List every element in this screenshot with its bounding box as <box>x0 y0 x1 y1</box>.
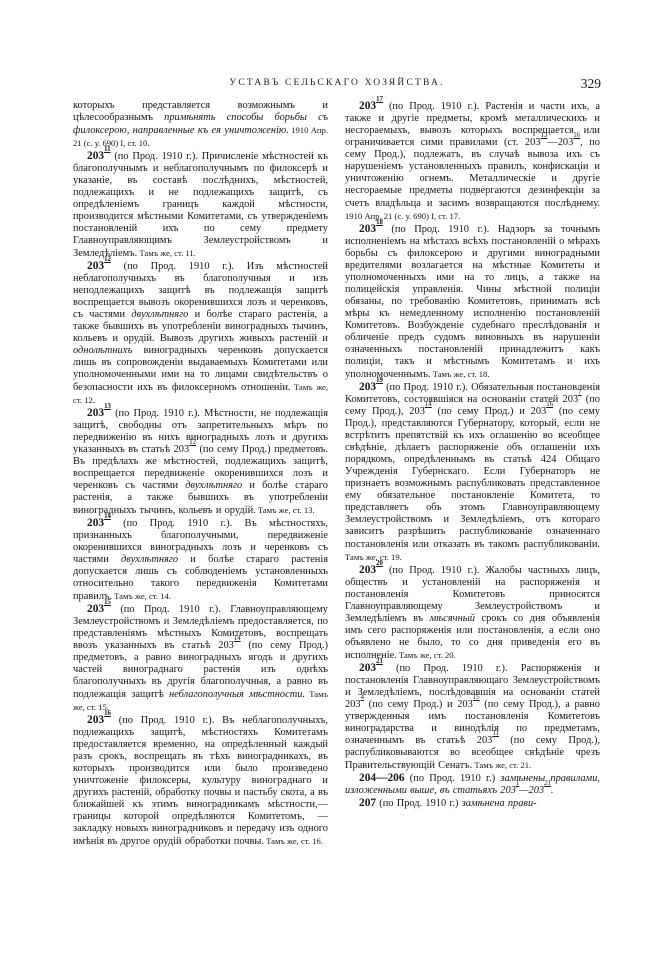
article-superscript: 16 <box>573 132 580 139</box>
article-number: 20318 <box>359 223 383 235</box>
paragraph: 207 (по Прод. 1910 г.) замѣнена прави- <box>345 797 600 810</box>
emphasized-text: двухлѣтняго <box>121 554 178 565</box>
article-superscript: 1 <box>516 780 519 787</box>
body-text: (по Прод. 1910 г.). Надзоръ за точнымъ и… <box>345 224 600 380</box>
emphasized-text: неблагополучныя мѣстности. <box>169 689 305 700</box>
legal-citation: Тамъ же, ст. 21. <box>472 760 531 770</box>
article-superscript: 12 <box>189 439 196 446</box>
article-superscript: 17 <box>376 96 383 103</box>
article-superscript: 15 <box>473 694 480 701</box>
article-superscript: 13 <box>104 403 111 410</box>
article-superscript: 21 <box>376 658 383 665</box>
article-superscript: 4 <box>361 694 364 701</box>
paragraph: 20315 (по Прод. 1910 г.). Главноуправляю… <box>73 603 328 714</box>
article-number: 20321 <box>359 662 383 674</box>
paragraph: 20314 (по Прод. 1910 г.). Въ мѣстностяхъ… <box>73 517 328 603</box>
paragraph: которыхъ представляется возможнымъ и цѣл… <box>73 100 328 150</box>
article-superscript: 15 <box>104 599 111 606</box>
legal-citation: Тамъ же, ст. 20. <box>397 650 456 660</box>
legal-citation: Тамъ же, ст. 13. <box>256 505 315 515</box>
article-superscript: 21 <box>544 780 551 787</box>
body-text: (по Прод. 1910 г.). Главноуправляющему З… <box>73 604 328 700</box>
legal-citation: Тамъ же, ст. 14. <box>112 591 171 601</box>
article-superscript: 19 <box>376 377 383 384</box>
body-text: (по Прод. 1910 г.). Причисленіе мѣстност… <box>73 151 328 259</box>
document-page: УСТАВЪ СЕЛЬСКАГО ХОЗЯЙСТВА. 329 которыхъ… <box>0 0 660 969</box>
legal-citation: Тамъ же, ст. 11. <box>137 248 196 258</box>
article-superscript: 14 <box>104 513 111 520</box>
paragraph: 20319 (по Прод. 1910 г.). Обязательныя п… <box>345 381 600 564</box>
paragraph: 20321 (по Прод. 1910 г.). Распоряженія и… <box>345 662 600 772</box>
body-text: (по Прод. 1910 г.). Мѣстности, не подлеж… <box>73 408 328 491</box>
article-superscript: 16 <box>546 401 553 408</box>
body-text: (по Прод. 1910 г.). Обязательныя постано… <box>345 382 600 550</box>
paragraph: 20320 (по Прод. 1910 г.). Жалобы частных… <box>345 564 600 662</box>
body-text: (по Прод. 1910 г.) <box>405 773 501 784</box>
paragraph: 204—206 (по Прод. 1910 г.) замѣнены прав… <box>345 772 600 797</box>
paragraph: 20318 (по Прод. 1910 г.). Надзоръ за точ… <box>345 223 600 381</box>
body-text: (по Прод. 1910 г.) <box>376 798 462 809</box>
article-superscript: 16 <box>104 710 111 717</box>
emphasized-text: двухлѣтняго <box>131 309 188 320</box>
paragraph: 20312 (по Прод. 1910 г.). Изъ мѣстностей… <box>73 260 328 407</box>
paragraph: 20311 (по Прод. 1910 г.). Причисленіе мѣ… <box>73 150 328 260</box>
legal-citation: Тамъ же, ст. 18. <box>431 369 490 379</box>
article-superscript: 11 <box>104 146 110 153</box>
page-sheet: УСТАВЪ СЕЛЬСКАГО ХОЗЯЙСТВА. 329 которыхъ… <box>73 76 601 848</box>
running-head-title: УСТАВЪ СЕЛЬСКАГО ХОЗЯЙСТВА. <box>229 78 444 88</box>
article-superscript: 20 <box>376 560 383 567</box>
page-number: 329 <box>581 76 601 92</box>
emphasized-text: замѣнена прави- <box>462 798 537 809</box>
article-superscript: 13 <box>541 132 548 139</box>
article-number: 204—206 <box>359 772 405 784</box>
article-number: 20314 <box>87 517 111 529</box>
emphasized-text: однолѣтнихъ <box>73 345 132 356</box>
legal-citation: 1910 Апр. 21 (с. у. 690) I, ст. 17. <box>345 211 460 221</box>
article-number: 20312 <box>87 260 111 272</box>
paragraph: 20317 (по Прод. 1910 г.). Растенія и час… <box>345 100 600 223</box>
article-superscript: 11 <box>492 730 499 737</box>
article-number: 20313 <box>87 407 111 419</box>
article-superscript: 14 <box>425 401 432 408</box>
article-superscript: 18 <box>376 219 383 226</box>
emphasized-text: двухлѣтняго <box>185 480 242 491</box>
article-number: 20320 <box>359 564 383 576</box>
article-number: 20315 <box>87 603 111 615</box>
text-columns: которыхъ представляется возможнымъ и цѣл… <box>73 100 601 848</box>
legal-citation: Тамъ же, ст. 19. <box>345 552 402 562</box>
legal-citation: Тамъ же, ст. 16. <box>264 836 323 846</box>
paragraph: 20313 (по Прод. 1910 г.). Мѣстности, не … <box>73 407 328 517</box>
emphasized-text: мѣсячный <box>430 613 475 624</box>
body-text: (по Прод. 1910 г.). Растенія и части ихъ… <box>345 101 600 209</box>
body-text: (по Прод. 1910 г.). Въ неблагополучныхъ,… <box>73 715 328 847</box>
column-right: 20317 (по Прод. 1910 г.). Растенія и час… <box>345 100 600 848</box>
article-number: 20316 <box>87 714 111 726</box>
article-superscript: 14 <box>234 635 241 642</box>
paragraph: 20316 (по Прод. 1910 г.). Въ неблагополу… <box>73 714 328 848</box>
article-number: 20317 <box>359 100 383 112</box>
article-number: 20319 <box>359 381 383 393</box>
article-superscript: 12 <box>104 256 111 263</box>
running-head: УСТАВЪ СЕЛЬСКАГО ХОЗЯЙСТВА. 329 <box>73 76 601 96</box>
article-number: 207 <box>359 797 376 809</box>
column-left: которыхъ представляется возможнымъ и цѣл… <box>73 100 328 848</box>
article-number: 20311 <box>87 150 111 162</box>
article-superscript: 7 <box>578 389 581 396</box>
body-text: (по Прод. 1910 г.). Распоряженія и поста… <box>345 663 600 771</box>
